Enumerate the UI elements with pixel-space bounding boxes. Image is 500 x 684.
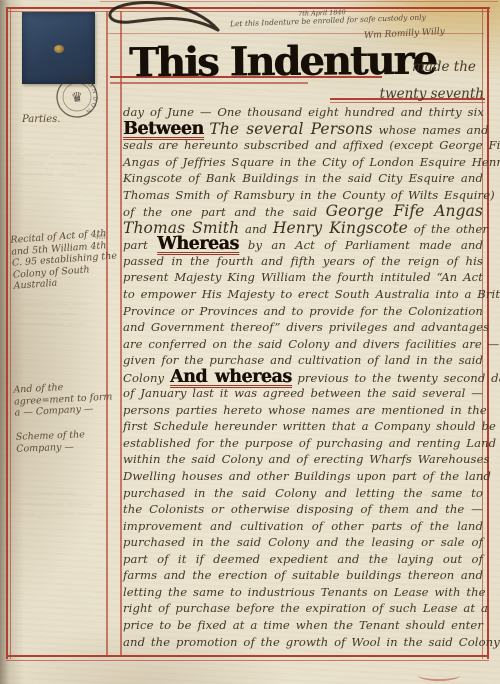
body-line: letting the same to industrious Tenants … — [123, 584, 483, 601]
bleed-through-text: ⁓⁓⁓⁓ ⁓⁓ ⁓⁓⁓⁓⁓ ⁓⁓⁓ ⁓⁓ ⁓⁓⁓⁓ ⁓⁓⁓ — [18, 490, 106, 520]
round-crown-stamp-icon: LONDON ♛ — [51, 71, 103, 123]
body-text-segment: seals are hereunto subscribed and affixe… — [123, 138, 500, 152]
header-rule — [330, 102, 485, 103]
page-title: This Indenture — [129, 37, 436, 87]
document-body: day of June — One thousand eight hundred… — [123, 104, 484, 650]
body-text-segment: within the said Colony and of erecting W… — [123, 452, 490, 466]
body-text-segment: and — [239, 222, 273, 236]
body-line: are conferred on the said Colony and div… — [123, 336, 483, 353]
body-line: Between The several Persons whose names … — [123, 121, 483, 138]
body-text-segment: of the one part and the said — [123, 205, 326, 219]
body-text-segment: are conferred on the said Colony and div… — [123, 337, 499, 351]
body-line: the Colonists or otherwise disposing of … — [123, 501, 483, 518]
body-text-segment: The several Persons — [209, 120, 372, 138]
body-line: part Whereas by an Act of Parliament mad… — [123, 236, 483, 253]
margin-note-agreement: And of the agree=ment to form a — Compan… — [13, 379, 115, 419]
body-text-segment: purchased in the said Colony and letting… — [123, 486, 483, 500]
body-text-segment: Colony — [123, 371, 170, 385]
body-line: and the promotion of the growth of Wool … — [123, 634, 483, 651]
body-line: Angas of Jeffries Square in the City of … — [123, 154, 483, 171]
body-line: farms and the erection of suitable build… — [123, 567, 483, 584]
body-text-segment: Dwelling houses and other Buildings upon… — [123, 469, 491, 483]
margin-divider-rule — [106, 11, 108, 656]
body-line: improvement and cultivation of other par… — [123, 518, 483, 535]
body-text-segment: price to be fixed at a time when the Ten… — [123, 618, 483, 632]
body-text-segment: part of it if deemed expedient and the l… — [123, 552, 483, 566]
body-line: purchased in the said Colony and letting… — [123, 485, 483, 502]
body-line: and Government thereof” divers privilege… — [123, 319, 483, 336]
calligraphic-flourish — [100, 0, 220, 34]
body-text-segment: first Schedule hereunder written that a … — [123, 419, 496, 433]
body-line: persons parties hereto whose names are m… — [123, 402, 483, 419]
red-rule — [6, 655, 489, 657]
margin-note-parties: Parties. — [22, 114, 60, 126]
body-line: Kingscote of Bank Buildings in the said … — [123, 170, 483, 187]
made-the-text: made the — [412, 59, 476, 75]
body-line: Province or Provinces and to provide for… — [123, 303, 483, 320]
body-line: price to be fixed at a time when the Ten… — [123, 617, 483, 634]
body-text-segment: of January last it was agreed between th… — [123, 386, 483, 400]
body-line: within the said Colony and of erecting W… — [123, 451, 483, 468]
body-text-segment: established for the purpose of purchasin… — [123, 436, 496, 450]
body-text-segment: letting the same to industrious Tenants … — [123, 585, 486, 599]
svg-text:♛: ♛ — [70, 90, 84, 106]
body-text-segment: of the other — [408, 222, 488, 236]
body-text-segment: George Fife Angas — [326, 202, 483, 220]
body-line: Thomas Smith of Ramsbury in the County o… — [123, 187, 483, 204]
body-text-segment: by an Act of Parliament made and — [239, 238, 483, 252]
body-text-segment: present Majesty King William the fourth … — [123, 270, 483, 284]
marginal-catch-mark: 4th — [95, 233, 106, 241]
day-ordinal-text: twenty seventh — [368, 86, 484, 102]
body-text-segment: farms and the erection of suitable build… — [123, 568, 483, 582]
body-line: Dwelling houses and other Buildings upon… — [123, 468, 483, 485]
body-text-segment: part — [123, 238, 157, 252]
body-line: first Schedule hereunder written that a … — [123, 418, 483, 435]
body-text-segment: whose names and — [373, 123, 489, 137]
red-flourish-mark — [418, 670, 460, 681]
red-rule — [6, 7, 8, 659]
body-line: Colony And whereas previous to the twent… — [123, 369, 483, 386]
margin-divider-rule — [120, 11, 122, 656]
body-text-segment: day of June — One thousand eight hundred… — [123, 105, 484, 119]
body-line: purchased in the said Colony and the lea… — [123, 534, 483, 551]
body-line: of January last it was agreed between th… — [123, 385, 483, 402]
body-line: passed in the fourth and fifth years of … — [123, 253, 483, 270]
body-text-segment: to empower His Majesty to erect South Au… — [123, 287, 500, 301]
body-text-segment: right of purchase before the expiration … — [123, 601, 488, 615]
body-text-segment: given for the purchase and cultivation o… — [123, 353, 483, 367]
body-line: established for the purpose of purchasin… — [123, 435, 483, 452]
body-line: part of it if deemed expedient and the l… — [123, 551, 483, 568]
body-line: to empower His Majesty to erect South Au… — [123, 286, 483, 303]
blackletter-word: Between — [123, 119, 204, 139]
blackletter-word: And whereas — [170, 367, 292, 387]
body-line: of the one part and the said George Fife… — [123, 203, 483, 220]
body-text-segment: the Colonists or otherwise disposing of … — [123, 502, 483, 516]
gold-emboss-mark — [54, 45, 64, 53]
red-rule — [6, 660, 489, 661]
body-text-segment: Thomas Smith of Ramsbury in the County o… — [123, 188, 495, 202]
body-text-segment: previous to the twenty second day — [292, 371, 500, 385]
bleed-through-text: ⁓⁓⁓ ⁓⁓‸⁓⁓ ⁓⁓⁓⁓ ⁓⁓ ⁓⁓⁓⁓⁓ ⁓⁓ — [20, 300, 105, 330]
body-text-segment: persons parties hereto whose names are m… — [123, 403, 487, 417]
body-line: right of purchase before the expiration … — [123, 600, 483, 617]
red-rule — [10, 7, 11, 659]
body-text-segment: purchased in the said Colony and the lea… — [123, 535, 483, 549]
body-text-segment: Province or Provinces and to provide for… — [123, 304, 483, 318]
body-text-segment: passed in the fourth and fifth years of … — [123, 254, 483, 268]
margin-note-scheme: Scheme of the Company — — [16, 428, 117, 454]
body-text-segment: and the promotion of the growth of Wool … — [123, 635, 500, 649]
body-text-segment: improvement and cultivation of other par… — [123, 519, 483, 533]
body-text-segment: Henry Kingscote — [273, 219, 408, 237]
document-page: ‸‸⁓⁓⁓‸⁓⁓ ⁓⁓‸⁓ ⁓⁓⁓‸⁓ ⁓⁓⁓ ⁓⁓⁓⁓ ⁓⁓ ⁓⁓⁓ ⁓⁓‸⁓… — [0, 0, 500, 684]
body-line: seals are hereunto subscribed and affixe… — [123, 137, 483, 154]
body-line: present Majesty King William the fourth … — [123, 269, 483, 286]
body-text-segment: Kingscote of Bank Buildings in the said … — [123, 171, 483, 185]
body-text-segment: Angas of Jeffries Square in the City of … — [123, 155, 500, 169]
bleed-through-text: ‸‸⁓⁓⁓‸⁓⁓ ⁓⁓‸⁓ ⁓⁓⁓‸⁓ ⁓⁓⁓ ⁓⁓⁓⁓ ⁓⁓ — [18, 150, 108, 180]
blackletter-word: Whereas — [157, 234, 239, 254]
body-text-segment: and Government thereof” divers privilege… — [123, 320, 489, 334]
red-rule — [8, 7, 490, 9]
